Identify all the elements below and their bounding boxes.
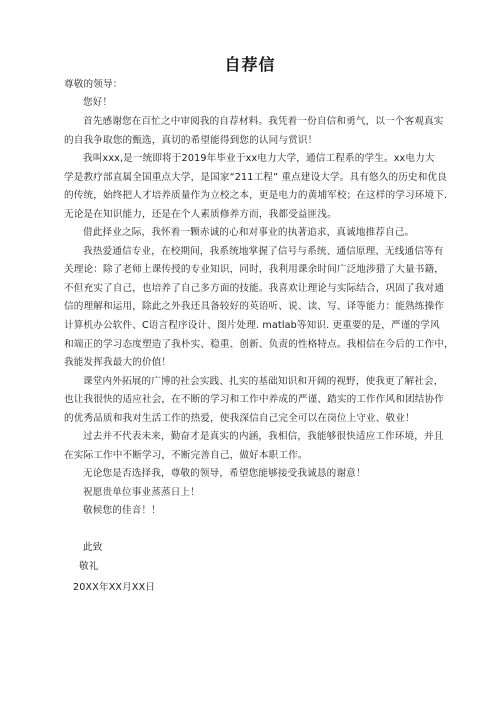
date: 20XX年XX月XX日 <box>73 582 155 594</box>
body-line: 无论您是否选择我，尊敬的领导，希望您能够接受我诚恳的谢意！ <box>83 468 366 480</box>
body-line: 和端正的学习态度塑造了我朴实、稳重、创新、负责的性格特点。我相信在今后的工作中， <box>64 339 454 351</box>
body-line: 计算机办公软件、C语言程序设计、图片处理. matlab等知识. 更重要的是，严… <box>64 320 440 332</box>
body-line: 在实际工作中不断学习，不断完善自己，做好本职工作。 <box>64 450 308 462</box>
salutation: 尊敬的领导： <box>64 79 122 91</box>
body-line: 的传统，始终把人才培养质量作为立校之本，更是电力的黄埔军校；在这样的学习环境下. <box>64 190 447 202</box>
closing-regards: 此致 <box>83 542 103 554</box>
body-line: 我能发挥我最大的价值！ <box>64 357 171 369</box>
body-line: 敬候您的佳音！！ <box>83 505 161 517</box>
greeting: 您好！ <box>83 97 112 109</box>
body-line: 我热爱通信专业，在校期间，我系统地掌握了信号与系统、通信原理、无线通信等有 <box>83 246 444 258</box>
document-title: 自荐信 <box>0 52 500 75</box>
body-line: 信的理解和运用，除此之外我还具备较好的英语听、说、读、写、译等能力：能熟练操作 <box>64 301 444 313</box>
body-line: 学是教疗部直属全国重点大学，是国家“211工程” 重点建设大学。具有悠久的历史和… <box>64 172 447 184</box>
body-line: 的自我争取您的甄选，真切的希望能得到您的认同与赏识！ <box>64 135 317 147</box>
body-line: 首先感谢您在百忙之中审阅我的自荐材料。我凭着一份自信和勇气，以一个客观真实 <box>83 116 444 128</box>
body-line: 过去并不代表未来，勤奋才是真实的内涵，我相信，我能够很快适应工作环境，并且 <box>83 431 444 443</box>
body-line: 借此择业之际，我怀着一颗赤诚的心和对事业的执著追求，真诚地推荐自己。 <box>83 227 414 239</box>
body-line: 的优秀品质和我对生活工作的热爱，使我深信自己完全可以在岗位上守业、敬业！ <box>64 413 415 425</box>
body-line: 无论是在知识能力，还是在个人素质修养方而，我都受益匪浅。 <box>64 209 337 221</box>
body-line: 课堂内外拓展的广博的社会实践、扎实的基础知识和开阔的视野，使我更了解社会， <box>83 376 444 388</box>
body-line: 不但充实了自己，也培养了自己多方面的技能。我喜欢让理论与实际结合，巩固了我对通 <box>64 283 444 295</box>
document-page: 自荐信 尊敬的领导： 您好！ 首先感谢您在百忙之中审阅我的自荐材料。我凭着一份自… <box>0 0 500 707</box>
body-line: 祝愿贵单位事业蒸蒸日上！ <box>83 487 200 499</box>
body-line: 也让我很快的适应社会，在不断的学习和工作中养成的严谨、踏实的工作作风和团结协作 <box>64 394 444 406</box>
body-line: 关理论：除了老师上课传授的专业知识，同时，我利用课余时间广泛地涉猎了大量书籍， <box>64 264 444 276</box>
closing-salute: 敬礼 <box>79 561 99 573</box>
body-line: 我叫xxx,是一统即将于2019年毕业于xx电力大学，通信工程系的学生。xx电力… <box>83 153 435 165</box>
